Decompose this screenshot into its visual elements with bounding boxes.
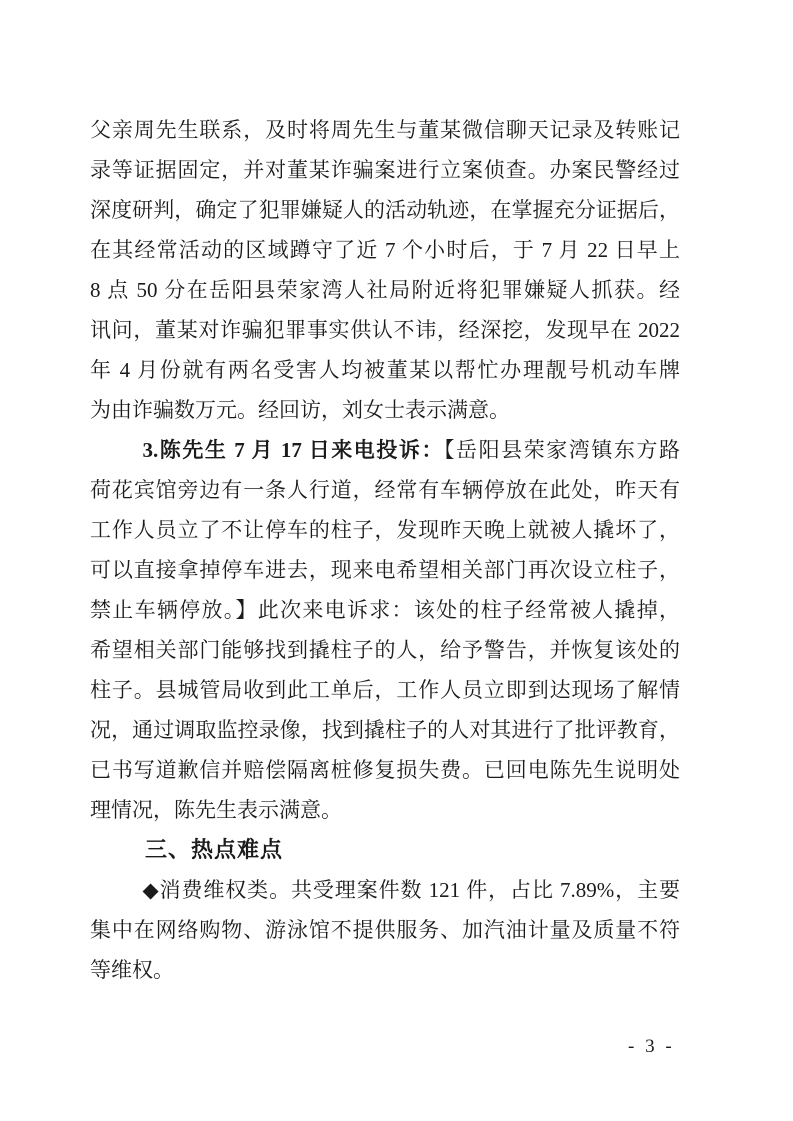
text-line: 录等证据固定，并对董某诈骗案进行立案侦查。办案民警经过 bbox=[90, 150, 680, 190]
text-line: 等维权。 bbox=[90, 950, 680, 990]
text: 讯问，董某对诈骗犯罪事实供认不讳，经深挖，发现早在 2022 bbox=[90, 318, 680, 342]
text-line: 禁止车辆停放。】此次来电诉求：该处的柱子经常被人撬掉， bbox=[90, 590, 680, 630]
text-line: 理情况，陈先生表示满意。 bbox=[90, 790, 680, 830]
text-line: 三、热点难点 bbox=[90, 830, 680, 870]
text: 等维权。 bbox=[90, 958, 174, 982]
text-line: 3.陈先生 7 月 17 日来电投诉：【岳阳县荣家湾镇东方路 bbox=[90, 430, 680, 470]
paragraph-case-liu-continued: 父亲周先生联系，及时将周先生与董某微信聊天记录及转账记录等证据固定，并对董某诈骗… bbox=[90, 110, 680, 430]
text: 8 点 50 分在岳阳县荣家湾人社局附近将犯罪嫌疑人抓获。经 bbox=[90, 278, 680, 302]
bold-text: 3.陈先生 7 月 17 日来电投诉： bbox=[143, 438, 445, 462]
text: 年 4 月份就有两名受害人均被董某以帮忙办理靓号机动车牌 bbox=[90, 358, 680, 382]
bold-text: 三、热点难点 bbox=[145, 837, 283, 862]
text-line: 父亲周先生联系，及时将周先生与董某微信聊天记录及转账记 bbox=[90, 110, 680, 150]
text-line: 工作人员立了不让停车的柱子，发现昨天晚上就被人撬坏了， bbox=[90, 510, 680, 550]
paragraph-case-chen: 3.陈先生 7 月 17 日来电投诉：【岳阳县荣家湾镇东方路荷花宾馆旁边有一条人… bbox=[90, 430, 680, 830]
text: 父亲周先生联系，及时将周先生与董某微信聊天记录及转账记 bbox=[90, 118, 680, 142]
text-line: 况，通过调取监控录像，找到撬柱子的人对其进行了批评教育， bbox=[90, 710, 680, 750]
text: 【岳阳县荣家湾镇东方路 bbox=[444, 438, 680, 462]
text: 为由诈骗数万元。经回访，刘女士表示满意。 bbox=[90, 398, 510, 422]
text: 希望相关部门能够找到撬柱子的人，给予警告，并恢复该处的 bbox=[90, 638, 680, 662]
text-line: 讯问，董某对诈骗犯罪事实供认不讳，经深挖，发现早在 2022 bbox=[90, 310, 680, 350]
text-line: 深度研判，确定了犯罪嫌疑人的活动轨迹，在掌握充分证据后， bbox=[90, 190, 680, 230]
document-page: 父亲周先生联系，及时将周先生与董某微信聊天记录及转账记录等证据固定，并对董某诈骗… bbox=[0, 0, 793, 1121]
text: 荷花宾馆旁边有一条人行道，经常有车辆停放在此处，昨天有 bbox=[90, 478, 680, 502]
text-line: 8 点 50 分在岳阳县荣家湾人社局附近将犯罪嫌疑人抓获。经 bbox=[90, 270, 680, 310]
text: 禁止车辆停放。】此次来电诉求：该处的柱子经常被人撬掉， bbox=[90, 598, 680, 622]
text-line: 在其经常活动的区域蹲守了近 7 个小时后，于 7 月 22 日早上 bbox=[90, 230, 680, 270]
text-line: 集中在网络购物、游泳馆不提供服务、加汽油计量及质量不符 bbox=[90, 910, 680, 950]
text: 集中在网络购物、游泳馆不提供服务、加汽油计量及质量不符 bbox=[90, 918, 680, 942]
text: 理情况，陈先生表示满意。 bbox=[90, 798, 342, 822]
text: 柱子。县城管局收到此工单后，工作人员立即到达现场了解情 bbox=[90, 678, 680, 702]
text: 深度研判，确定了犯罪嫌疑人的活动轨迹，在掌握充分证据后， bbox=[90, 198, 680, 222]
text: 工作人员立了不让停车的柱子，发现昨天晚上就被人撬坏了， bbox=[90, 518, 680, 542]
text-line: ◆消费维权类。共受理案件数 121 件，占比 7.89%，主要 bbox=[90, 870, 680, 910]
text: ◆消费维权类。共受理案件数 121 件，占比 7.89%，主要 bbox=[143, 878, 681, 902]
text-line: 为由诈骗数万元。经回访，刘女士表示满意。 bbox=[90, 390, 680, 430]
text: 可以直接拿掉停车进去，现来电希望相关部门再次设立柱子， bbox=[90, 558, 680, 582]
text-line: 希望相关部门能够找到撬柱子的人，给予警告，并恢复该处的 bbox=[90, 630, 680, 670]
text: 录等证据固定，并对董某诈骗案进行立案侦查。办案民警经过 bbox=[90, 158, 680, 182]
text-line: 可以直接拿掉停车进去，现来电希望相关部门再次设立柱子， bbox=[90, 550, 680, 590]
text-line: 年 4 月份就有两名受害人均被董某以帮忙办理靓号机动车牌 bbox=[90, 350, 680, 390]
text-line: 已书写道歉信并赔偿隔离桩修复损失费。已回电陈先生说明处 bbox=[90, 750, 680, 790]
text: 在其经常活动的区域蹲守了近 7 个小时后，于 7 月 22 日早上 bbox=[90, 238, 680, 262]
paragraph-consumer-rights: ◆消费维权类。共受理案件数 121 件，占比 7.89%，主要集中在网络购物、游… bbox=[90, 870, 680, 990]
text: 已书写道歉信并赔偿隔离桩修复损失费。已回电陈先生说明处 bbox=[90, 758, 680, 782]
text: 况，通过调取监控录像，找到撬柱子的人对其进行了批评教育， bbox=[90, 718, 680, 742]
page: { "colors": { "paper": "#ffffff", "ink":… bbox=[0, 0, 793, 1121]
text-line: 荷花宾馆旁边有一条人行道，经常有车辆停放在此处，昨天有 bbox=[90, 470, 680, 510]
document-content: 父亲周先生联系，及时将周先生与董某微信聊天记录及转账记录等证据固定，并对董某诈骗… bbox=[90, 110, 680, 990]
page-number: - 3 - bbox=[628, 1036, 675, 1058]
text-line: 柱子。县城管局收到此工单后，工作人员立即到达现场了解情 bbox=[90, 670, 680, 710]
section-heading-hotspots: 三、热点难点 bbox=[90, 830, 680, 870]
